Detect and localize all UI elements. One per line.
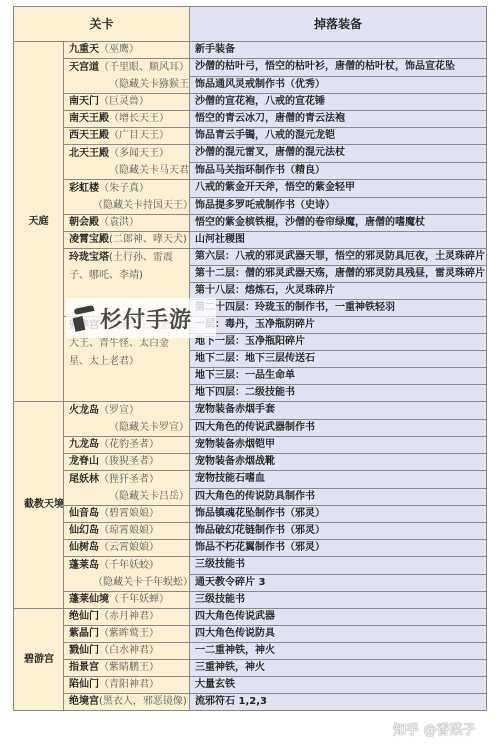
drop-cell: 悟空的青云冰刀，唐僧的青云法袍 — [190, 111, 487, 128]
stage-name: 绝仙门 — [69, 611, 99, 622]
stage-name: 玲珑宝塔 — [69, 252, 109, 263]
table-row: 指景宫（紫睛鹏王） 三重神铁，神火 — [14, 660, 487, 677]
drop-cell: 流邪符石 1,2,3 — [190, 694, 487, 711]
stage-cell: 朝会殿（袁洪） — [64, 215, 190, 232]
drop-cell: 第二十四层：玲珑玉的制作书，一重神铁轻羽 — [190, 300, 487, 317]
table-row: 蓬莱仙境（千年妖蝉） 三级技能书 — [14, 592, 487, 609]
table-row: 紫晶门（紫眸鹫王） 四大角色传说防具 — [14, 626, 487, 643]
drop-cell: 悟空的紫金槟铁棍，沙僧的卷帘绿魔，唐僧的嗜魔杖 — [190, 215, 487, 232]
table-row: 蓬莱岛（千年妖蛟）（隐藏关卡千年蜈蚣） 三级技能书 — [14, 557, 487, 575]
table-row: 碧游宫 绝仙门（赤月神君） 四大角色传说武器 — [14, 609, 487, 626]
header-drops: 掉落装备 — [190, 7, 487, 42]
drop-cell: 饰品青云手镯，八戒的混元龙铠 — [190, 128, 487, 145]
stage-name: 南天门 — [69, 96, 99, 107]
drop-cell: 四大角色传说武器 — [190, 609, 487, 626]
boss-name: (黑衣人，邪恶镜像) — [99, 696, 187, 707]
stage-cell: 南天门（巨灵兽） — [64, 94, 190, 111]
watermark-text: 杉付手游 — [100, 303, 192, 334]
drop-cell: 沙僧的宣花袍，八戒的宣花锤 — [190, 94, 487, 111]
hidden-stage: （隐藏关卡罗宣） — [69, 422, 189, 433]
drop-table: 关卡 掉落装备 天庭 九重天（巫鹰） 新手装备 天宫道（千里眼、顺风耳）（隐藏关… — [13, 6, 487, 711]
stage-cell: 戮仙门（白水神君） — [64, 643, 190, 660]
boss-name: （云霄娘娘） — [99, 542, 159, 553]
stage-cell: 凌霄宝殿(二郎神、哮天犬) — [64, 232, 190, 249]
boss-name: （增长天王） — [109, 113, 169, 124]
header-row: 关卡 掉落装备 — [14, 7, 487, 42]
boss-name: （袁洪） — [99, 217, 139, 228]
drop-cell: 饰品通风灵戒制作书（优秀） — [190, 76, 487, 94]
drop-cell: 第十八层：熔炼石，火灵珠碎片 — [190, 283, 487, 300]
boss-name: （巨灵兽） — [99, 96, 149, 107]
stage-name: 彩虹楼 — [69, 183, 99, 194]
stage-name: 尾妖林 — [69, 474, 99, 485]
drop-cell: 新手装备 — [190, 42, 487, 59]
stage-name: 九龙岛 — [69, 439, 99, 450]
boss-name: （罗宣） — [99, 405, 139, 416]
group-biyougong: 碧游宫 — [14, 609, 64, 711]
drop-cell: 三重神铁，神火 — [190, 660, 487, 677]
table-row: 戮仙门（白水神君） 一二重神铁，神火 — [14, 643, 487, 660]
drop-cell: 沙僧的混元雷叉，唐僧的混元法杖 — [190, 145, 487, 163]
stage-cell: 九重天（巫鹰） — [64, 42, 190, 59]
table-row: 南天门（巨灵兽） 沙僧的宣花袍，八戒的宣花锤 — [14, 94, 487, 111]
table-row: 凌霄宝殿(二郎神、哮天犬) 山河社稷图 — [14, 232, 487, 249]
hidden-stage: （隐藏关卡持国天王） — [69, 200, 190, 211]
drop-cell: 地下二层：地下三层传送石 — [190, 351, 487, 368]
boss-name: (二郎神、哮天犬) — [109, 234, 187, 245]
stage-cell: 指景宫（紫睛鹏王） — [64, 660, 190, 677]
drop-cell: 八戒的紫金开天斧，悟空的紫金轻甲 — [190, 180, 487, 198]
hidden-stage: （隐藏关卡吕岳） — [69, 491, 189, 502]
stage-name: 西天王殿 — [69, 130, 109, 141]
drop-cell: 通天教令碎片 3 — [190, 574, 487, 592]
drop-cell: 三级技能书 — [190, 557, 487, 575]
table-row: 仙树岛（云霄娘娘） 饰品不朽花翼制作书（邪灵） — [14, 540, 487, 557]
stage-name: 仙幻岛 — [69, 525, 99, 536]
hidden-stage: （隐藏关卡猕猴王） — [69, 79, 190, 90]
stage-name: 紫晶门 — [69, 628, 99, 639]
stage-name: 龙脊山 — [69, 456, 99, 467]
stage-cell: 彩虹楼（朱子真）（隐藏关卡持国天王） — [64, 180, 190, 215]
boss-name: （狻猊圣者） — [99, 456, 159, 467]
stage-name: 仙树岛 — [69, 542, 99, 553]
drop-cell: 沙僧的枯叶弓，悟空的枯叶衫，唐僧的枯叶杖，饰品宣花坠 — [190, 59, 487, 77]
hidden-stage: （隐藏关卡千年蜈蚣） — [69, 577, 190, 588]
drop-cell: 一层：毒丹，玉净瓶阴碎片 — [190, 317, 487, 334]
drop-cell: 四大角色传说防具 — [190, 626, 487, 643]
stage-cell: 陷仙门（青阳神君） — [64, 677, 190, 694]
boss-name: （广目天王） — [109, 130, 169, 141]
hand-logo-icon — [72, 305, 94, 331]
drop-cell: 宠物技能石嗜血 — [190, 471, 487, 489]
boss-name: （狴犴圣者） — [99, 474, 159, 485]
drop-cell: 宠物装备赤烟铠甲 — [190, 437, 487, 454]
boss-name: （千里眼、顺风耳） — [99, 62, 189, 73]
drop-cell: 地下一层：玉净瓶阳碎片 — [190, 334, 487, 351]
site-watermark: 杉付手游 — [66, 298, 216, 338]
boss-name: （千年妖蛟） — [99, 560, 159, 571]
table-row: 九龙岛（花豹圣者） 宠物装备赤烟铠甲 — [14, 437, 487, 454]
stage-name: 朝会殿 — [69, 217, 99, 228]
drop-cell: 一二重神铁，神火 — [190, 643, 487, 660]
drop-cell: 饰品镇魂花坠制作书（邪灵） — [190, 506, 487, 523]
boss-name: （白水神君） — [99, 645, 159, 656]
boss-name: （紫眸鹫王） — [99, 628, 159, 639]
table-row: 仙音岛（碧霄娘娘） 饰品镇魂花坠制作书（邪灵） — [14, 506, 487, 523]
boss-name: （赤月神君） — [99, 611, 159, 622]
stage-cell: 北天王殿（多闻天王）（隐藏关卡马天君） — [64, 145, 190, 180]
stage-name: 指景宫 — [69, 662, 99, 673]
stage-cell: 绝境宫(黑衣人，邪恶镜像) — [64, 694, 190, 711]
stage-name: 九重天 — [69, 44, 99, 55]
table-row: 玲珑宝塔(土行孙、雷震子、哪吒、李靖) 第六层：八戒的邪灵武器天罪，悟空的邪灵防… — [14, 249, 487, 266]
table-row: 天庭 九重天（巫鹰） 新手装备 — [14, 42, 487, 59]
stage-name: 凌霄宝殿 — [69, 234, 109, 245]
header-stage: 关卡 — [14, 7, 190, 42]
boss-name: （碧霄娘娘） — [99, 508, 159, 519]
boss-name: （多闻天王） — [109, 148, 169, 159]
table-row: 南天王殿（增长天王） 悟空的青云冰刀，唐僧的青云法袍 — [14, 111, 487, 128]
boss-name: （巫鹰） — [99, 44, 139, 55]
boss-name: （千年妖蝉） — [109, 594, 169, 605]
drop-cell: 第十二层：僧的邪灵武器天殇，唐僧的邪灵防具残昼，雷灵珠碎片 — [190, 266, 487, 283]
drop-cell: 饰品提多罗吒戒制作书（史诗） — [190, 197, 487, 215]
stage-name: 戮仙门 — [69, 645, 99, 656]
stage-cell: 蓬莱岛（千年妖蛟）（隐藏关卡千年蜈蚣） — [64, 557, 190, 592]
drop-cell: 三级技能书 — [190, 592, 487, 609]
table-row: 天宫道（千里眼、顺风耳）（隐藏关卡猕猴王） 沙僧的枯叶弓，悟空的枯叶衫，唐僧的枯… — [14, 59, 487, 77]
stage-cell: 绝仙门（赤月神君） — [64, 609, 190, 626]
stage-cell: 火龙岛（罗宣）（隐藏关卡罗宣） — [64, 402, 190, 437]
stage-cell: 仙树岛（云霄娘娘） — [64, 540, 190, 557]
stage-name: 绝境宫 — [69, 696, 99, 707]
stage-name: 天宫道 — [69, 62, 99, 73]
stage-name: 火龙岛 — [69, 405, 99, 416]
drop-cell: 饰品不朽花翼制作书（邪灵） — [190, 540, 487, 557]
stage-name: 蓬莱仙境 — [69, 594, 109, 605]
table-row: 彩虹楼（朱子真）（隐藏关卡持国天王） 八戒的紫金开天斧，悟空的紫金轻甲 — [14, 180, 487, 198]
group-jiejiao: 截教天境 — [14, 402, 64, 609]
table-row: 龙脊山（狻猊圣者） 宠物装备赤烟战靴 — [14, 454, 487, 471]
table-row: 尾妖林（狴犴圣者）（隐藏关卡吕岳） 宠物技能石嗜血 — [14, 471, 487, 489]
stage-cell: 龙脊山（狻猊圣者） — [64, 454, 190, 471]
drop-cell: 大量玄铁 — [190, 677, 487, 694]
stage-cell: 仙音岛（碧霄娘娘） — [64, 506, 190, 523]
drop-cell: 四大角色的传说防具制作书 — [190, 488, 487, 506]
drop-cell: 饰品破幻花链制作书（邪灵） — [190, 523, 487, 540]
table-row: 朝会殿（袁洪） 悟空的紫金槟铁棍，沙僧的卷帘绿魔，唐僧的嗜魔杖 — [14, 215, 487, 232]
hidden-stage: （隐藏关卡马天君） — [69, 165, 190, 176]
table-row: 西天王殿（广目天王） 饰品青云手镯，八戒的混元龙铠 — [14, 128, 487, 145]
drop-cell: 第六层：八戒的邪灵武器天罪，悟空的邪灵防具厄夜，土灵珠碎片 — [190, 249, 487, 266]
stage-name: 陷仙门 — [69, 679, 99, 690]
drop-cell: 饰品马关指环制作书（精良） — [190, 162, 487, 180]
drop-cell: 山河社稷图 — [190, 232, 487, 249]
stage-cell: 天宫道（千里眼、顺风耳）（隐藏关卡猕猴王） — [64, 59, 190, 94]
stage-name: 蓬莱岛 — [69, 560, 99, 571]
boss-name: （琼霄娘娘） — [99, 525, 159, 536]
table-row: 陷仙门（青阳神君） 大量玄铁 — [14, 677, 487, 694]
table-row: 北天王殿（多闻天王）（隐藏关卡马天君） 沙僧的混元雷叉，唐僧的混元法杖 — [14, 145, 487, 163]
stage-name: 北天王殿 — [69, 148, 109, 159]
stage-cell: 蓬莱仙境（千年妖蝉） — [64, 592, 190, 609]
zhihu-watermark: 知乎 @香菜子 — [393, 719, 476, 738]
group-tianting: 天庭 — [14, 42, 64, 402]
stage-cell: 紫晶门（紫眸鹫王） — [64, 626, 190, 643]
stage-cell: 尾妖林（狴犴圣者）（隐藏关卡吕岳） — [64, 471, 190, 506]
drop-cell: 宠物装备赤烟手套 — [190, 402, 487, 420]
drop-cell: 宠物装备赤烟战靴 — [190, 454, 487, 471]
drop-cell: 地下四层：二级技能书 — [190, 385, 487, 402]
boss-name: （花豹圣者） — [99, 439, 159, 450]
boss-name: （紫睛鹏王） — [99, 662, 159, 673]
drop-cell: 四大角色的传说武器制作书 — [190, 419, 487, 437]
boss-name: （青阳神君） — [99, 679, 159, 690]
table-row: 绝境宫(黑衣人，邪恶镜像) 流邪符石 1,2,3 — [14, 694, 487, 711]
stage-cell: 西天王殿（广目天王） — [64, 128, 190, 145]
table-row: 仙幻岛（琼霄娘娘） 饰品破幻花链制作书（邪灵） — [14, 523, 487, 540]
stage-cell: 九龙岛（花豹圣者） — [64, 437, 190, 454]
table-row: 截教天境 火龙岛（罗宣）（隐藏关卡罗宣） 宠物装备赤烟手套 — [14, 402, 487, 420]
drop-cell: 地下三层：一品生命单 — [190, 368, 487, 385]
stage-cell: 仙幻岛（琼霄娘娘） — [64, 523, 190, 540]
stage-name: 南天王殿 — [69, 113, 109, 124]
stage-cell: 南天王殿（增长天王） — [64, 111, 190, 128]
stage-name: 仙音岛 — [69, 508, 99, 519]
boss-name: （朱子真） — [99, 183, 149, 194]
